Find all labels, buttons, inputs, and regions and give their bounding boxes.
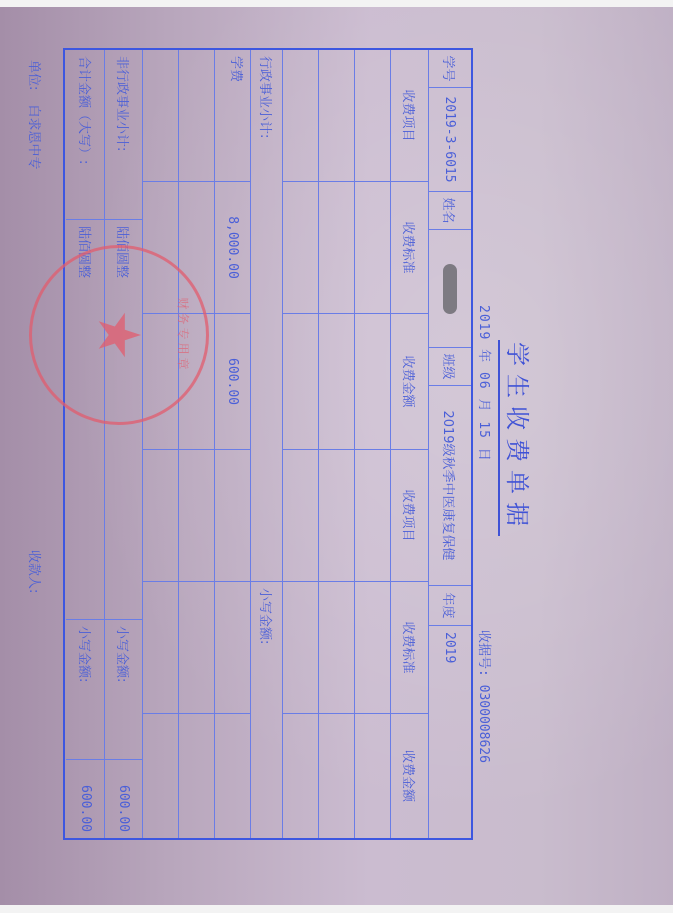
non-admin-subtotal-row: 非行政事业小计: 陆佰圆整 小写金额: 600.00: [104, 50, 143, 838]
unit-value: 白求恩中专: [26, 105, 41, 170]
star-icon: ★: [85, 309, 153, 361]
column-header: 收费标准: [391, 582, 429, 714]
student-id-value: 2019-3-6015: [429, 88, 471, 192]
receipt-title: 学生收费单据: [498, 340, 537, 536]
name-value: [429, 230, 471, 348]
seal-text: 财务专用章: [175, 248, 192, 422]
unit-label: 单位:: [26, 60, 41, 90]
name-label: 姓名: [429, 192, 471, 230]
column-header-row: 收费项目 收费标准 收费金额 收费项目 收费标准 收费金额: [390, 50, 429, 838]
redaction-mark: [443, 264, 457, 314]
non-admin-small-amount-label: 小写金额:: [105, 620, 143, 760]
receipt-table: 学号 2019-3-6015 姓名 班级 2019级秋季中医康复保健 年度 20…: [63, 48, 473, 840]
total-small-amount: 600.00: [66, 760, 105, 838]
column-header: 收费标准: [391, 182, 429, 314]
table-row: [318, 50, 355, 838]
receipt-sheet: 学生收费单据 2019 年 06 月 15 日 收据号: 0300008626 …: [75, 40, 545, 850]
receipt-number-label: 收据号:: [476, 630, 491, 677]
admin-subtotal-label: 行政事业小计:: [251, 50, 283, 582]
column-header: 收费金额: [391, 314, 429, 450]
class-value: 2019级秋季中医康复保健: [429, 386, 471, 586]
table-row: [178, 50, 215, 838]
year-value: 2019: [429, 626, 471, 838]
receipt-number-value: 0300008626: [476, 685, 491, 763]
table-row: [282, 50, 319, 838]
column-header: 收费项目: [391, 50, 429, 182]
total-label: 合计金额（大写）:: [66, 50, 105, 220]
admin-small-amount-label: 小写金额:: [251, 582, 283, 838]
fee-standard: 8,000.00: [215, 182, 251, 314]
student-id-label: 学号: [429, 50, 471, 88]
table-row-tuition: 学费 8,000.00 600.00: [214, 50, 251, 838]
header-row: 学号 2019-3-6015 姓名 班级 2019级秋季中医康复保健 年度 20…: [428, 50, 471, 838]
official-seal: 财务专用章 ★: [29, 245, 209, 425]
table-row: [354, 50, 391, 838]
total-row: 合计金额（大写）: 陆佰圆整 小写金额: 600.00: [66, 50, 105, 838]
year-label: 年度: [429, 586, 471, 626]
non-admin-subtotal-label: 非行政事业小计:: [105, 50, 143, 220]
column-header: 收费项目: [391, 450, 429, 582]
fee-amount: 600.00: [215, 314, 251, 450]
admin-subtotal-row: 行政事业小计: 小写金额:: [250, 50, 283, 838]
cashier: 收款人:: [26, 550, 45, 593]
receipt-number: 收据号: 0300008626: [476, 630, 495, 763]
receipt-date: 2019 年 06 月 15 日: [476, 305, 495, 462]
column-header: 收费金额: [391, 714, 429, 838]
non-admin-small-amount: 600.00: [105, 760, 143, 838]
table-row: [142, 50, 179, 838]
fee-item: 学费: [215, 50, 251, 182]
total-small-amount-label: 小写金额:: [66, 620, 105, 760]
issuing-unit: 单位: 白求恩中专: [26, 60, 45, 170]
class-label: 班级: [429, 348, 471, 386]
